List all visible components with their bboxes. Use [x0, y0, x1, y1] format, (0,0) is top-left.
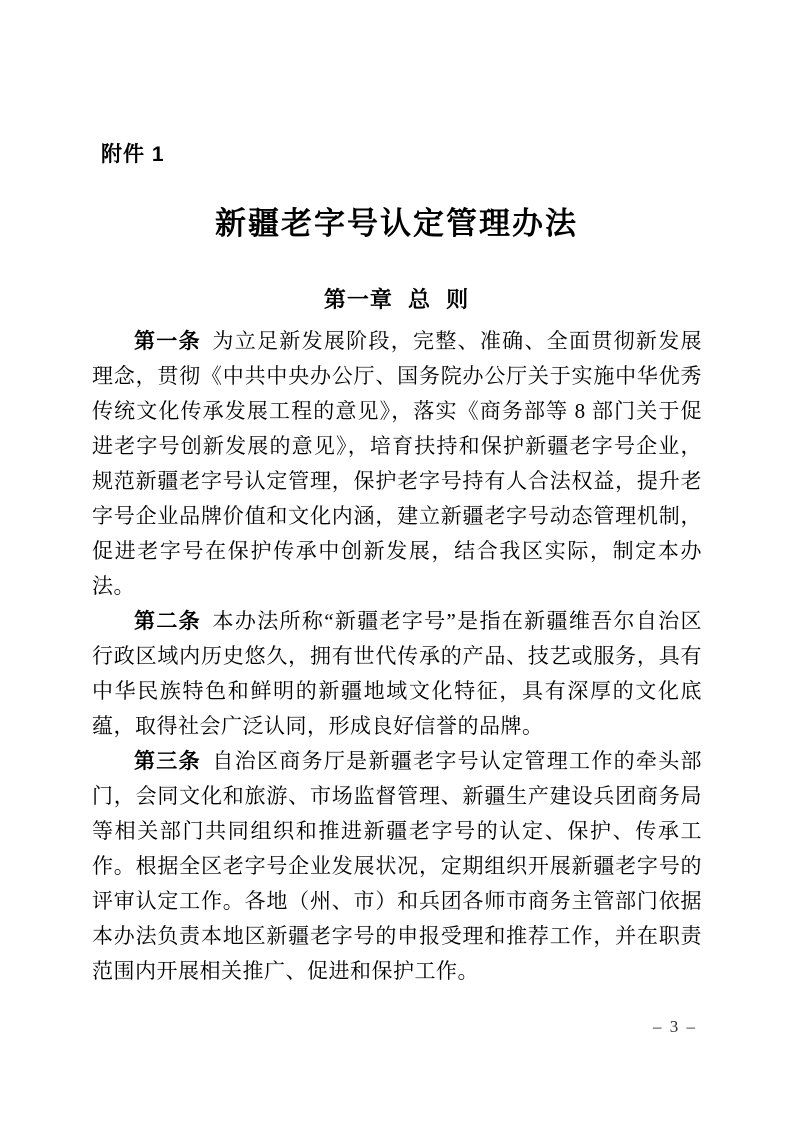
document-body: 第一条为立足新发展阶段，完整、准确、全面贯彻新发展理念，贯彻《中共中央办公厅、国…	[92, 324, 702, 989]
document-title: 新疆老字号认定管理办法	[0, 203, 793, 245]
article-3-paragraph: 第三条自治区商务厅是新疆老字号认定管理工作的牵头部门，会同文化和旅游、市场监督管…	[92, 744, 702, 989]
chapter-heading: 第一章 总 则	[0, 285, 793, 315]
article-2-number: 第二条	[134, 609, 201, 633]
article-1-paragraph: 第一条为立足新发展阶段，完整、准确、全面贯彻新发展理念，贯彻《中共中央办公厅、国…	[92, 324, 702, 604]
document-page: 附件 1 新疆老字号认定管理办法 第一章 总 则 第一条为立足新发展阶段，完整、…	[0, 0, 793, 1122]
page-number: – 3 –	[653, 1016, 697, 1038]
article-3-number: 第三条	[134, 749, 201, 773]
article-1-number: 第一条	[134, 329, 201, 353]
article-2-paragraph: 第二条本办法所称“新疆老字号”是指在新疆维吾尔自治区行政区域内历史悠久，拥有世代…	[92, 604, 702, 744]
attachment-label: 附件 1	[101, 141, 165, 169]
article-1-text: 为立足新发展阶段，完整、准确、全面贯彻新发展理念，贯彻《中共中央办公厅、国务院办…	[92, 329, 702, 598]
article-3-text: 自治区商务厅是新疆老字号认定管理工作的牵头部门，会同文化和旅游、市场监督管理、新…	[92, 749, 702, 983]
